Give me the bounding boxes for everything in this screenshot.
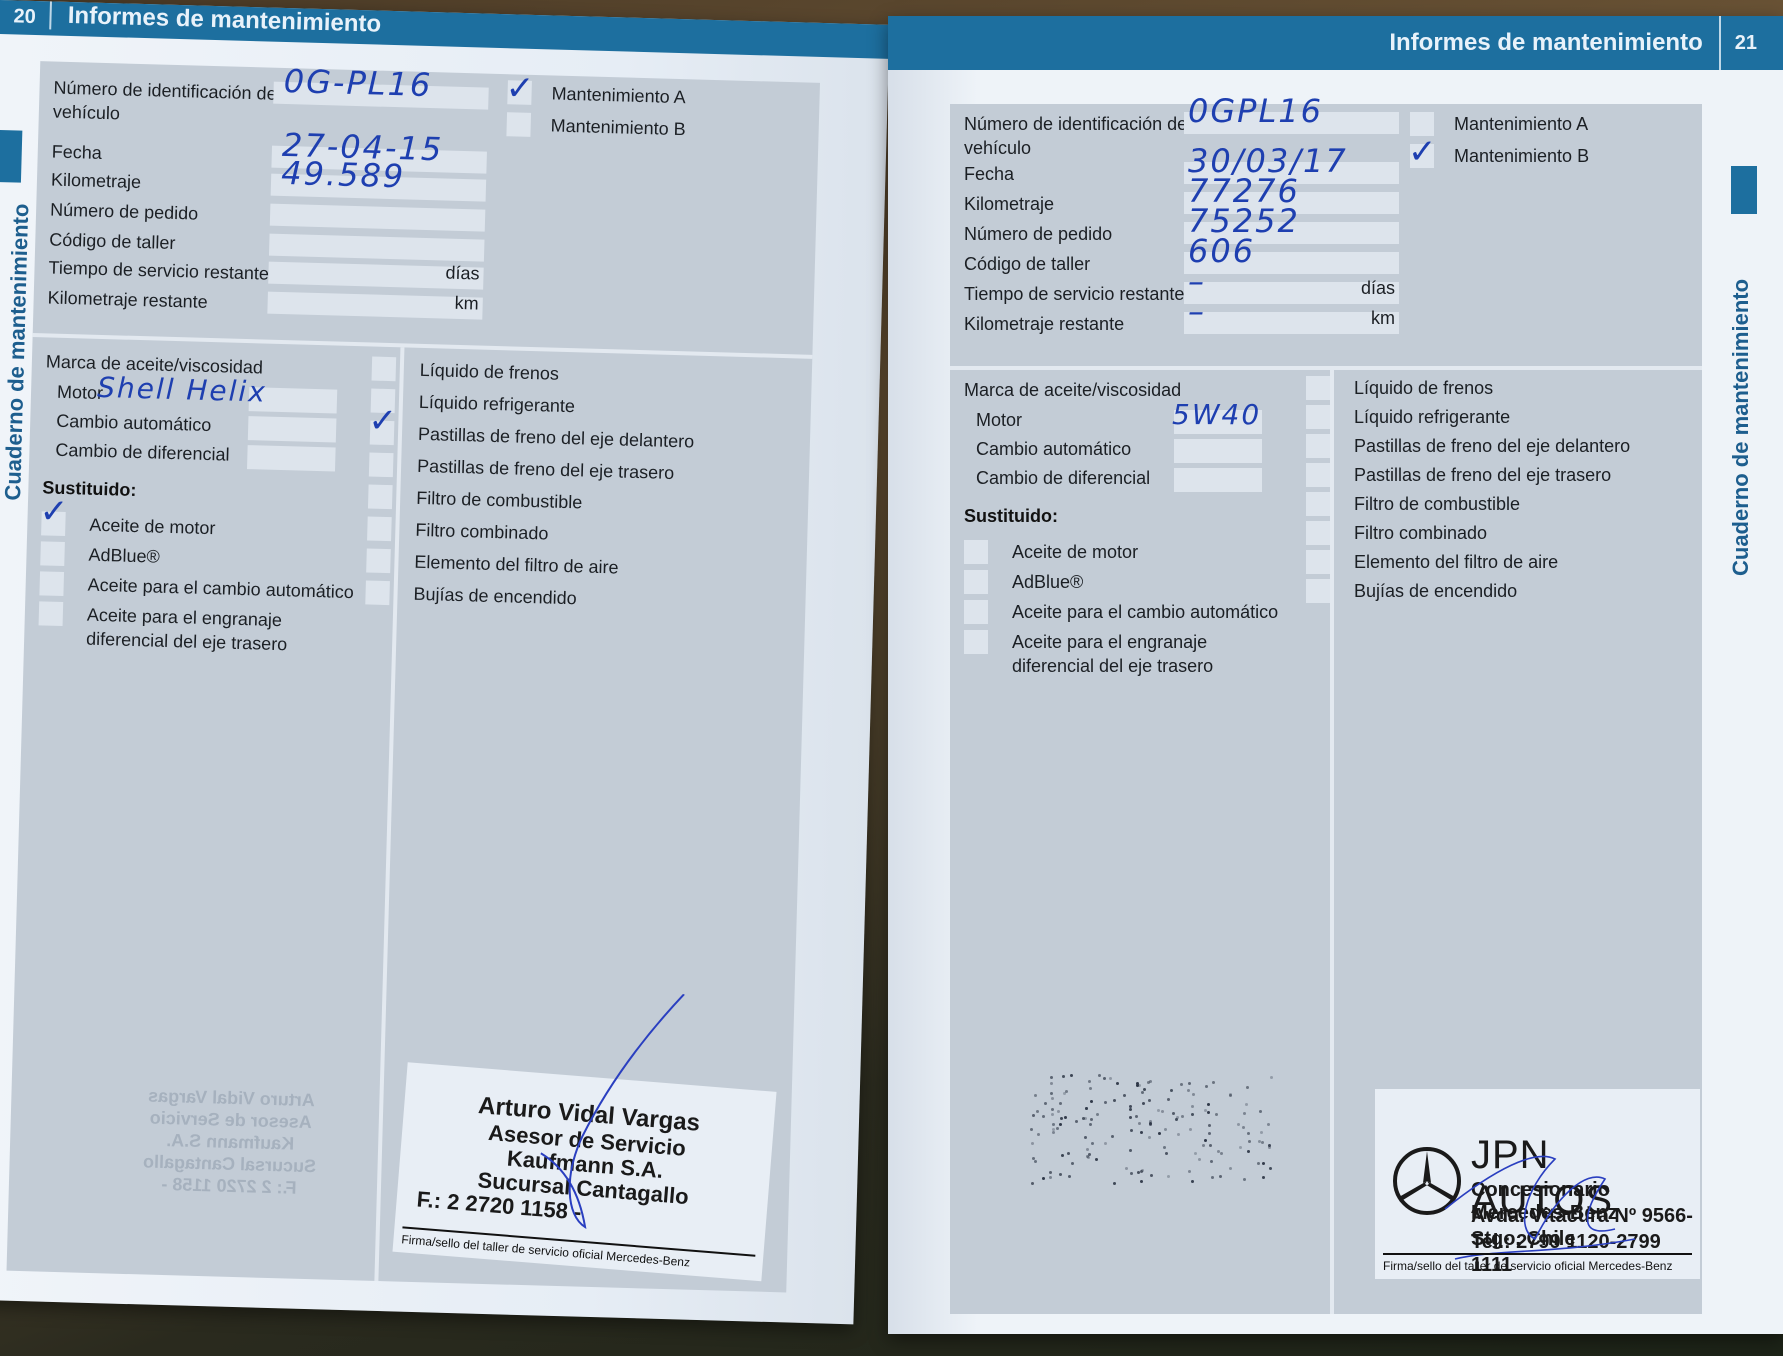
- service-item-label: Líquido refrigerante: [1354, 405, 1510, 429]
- ink-speck: [1070, 1074, 1073, 1077]
- ink-speck: [1050, 1082, 1053, 1085]
- service-item[interactable]: Filtro de combustible: [1306, 492, 1520, 516]
- service-item[interactable]: Pastillas de freno del eje trasero: [1306, 463, 1611, 487]
- handwritten-value: 0G-PL16: [283, 62, 433, 104]
- ink-speck: [1237, 1123, 1240, 1126]
- ink-speck: [1270, 1076, 1273, 1079]
- ink-speck: [1104, 1101, 1107, 1104]
- ink-speck: [1129, 1149, 1132, 1152]
- checkbox[interactable]: [964, 600, 988, 624]
- ink-speck: [1209, 1144, 1212, 1147]
- ink-speck: [1248, 1140, 1251, 1143]
- header-divider: [1719, 16, 1721, 70]
- ink-speck: [1260, 1131, 1263, 1134]
- service-item[interactable]: Filtro de combustible: [368, 484, 583, 514]
- ink-speck: [1212, 1081, 1215, 1084]
- workshop-stamp: Arturo Vidal Vargas Asesor de Servicio K…: [392, 1062, 776, 1281]
- oil-input[interactable]: [1174, 468, 1262, 492]
- ink-speck: [1167, 1175, 1170, 1178]
- replaced-title: Sustituido:: [964, 506, 1058, 527]
- field-label: Kilometraje: [51, 167, 292, 198]
- field-input[interactable]: [269, 234, 485, 262]
- handwritten-value: 49.589: [281, 154, 406, 195]
- checkbox[interactable]: [1306, 463, 1330, 487]
- side-label: Cuaderno de mantenimiento: [1728, 279, 1754, 576]
- ink-speck: [1177, 1133, 1180, 1136]
- ink-speck: [1142, 1102, 1145, 1105]
- ink-speck: [1057, 1110, 1060, 1113]
- checkbox[interactable]: [964, 630, 988, 654]
- ink-speck: [1219, 1175, 1222, 1178]
- ink-speck: [1034, 1160, 1037, 1163]
- maintenance-option-label: Mantenimiento A: [1454, 114, 1588, 135]
- handwritten-value: 0GPL16: [1188, 92, 1323, 130]
- replaced-item[interactable]: ✓Aceite de motor: [41, 511, 362, 544]
- service-item[interactable]: ✓Pastillas de freno del eje delantero: [370, 421, 695, 454]
- ink-speck: [1229, 1167, 1232, 1170]
- ink-speck: [1059, 1102, 1062, 1105]
- side-tab-marker: [0, 130, 22, 183]
- ink-speck: [1229, 1094, 1232, 1097]
- checkmark-icon: ✓: [1408, 132, 1437, 172]
- ink-speck: [1052, 1123, 1055, 1126]
- ink-speck: [1140, 1131, 1143, 1134]
- service-item[interactable]: Bujías de encendido: [1306, 579, 1517, 603]
- ink-speck: [1056, 1127, 1059, 1130]
- oil-input[interactable]: [248, 416, 337, 442]
- checkbox[interactable]: [372, 357, 397, 382]
- ink-speck: [1188, 1082, 1191, 1085]
- ink-speck: [1051, 1097, 1054, 1100]
- checkbox[interactable]: [39, 571, 64, 596]
- service-item-label: Pastillas de freno del eje trasero: [1354, 463, 1611, 487]
- ink-speck: [1113, 1182, 1116, 1185]
- ink-speck: [1268, 1146, 1271, 1149]
- ink-speck: [1257, 1162, 1260, 1165]
- maintenance-option-label: Mantenimiento B: [550, 115, 686, 140]
- signature-scribble: [1435, 1129, 1655, 1269]
- checkbox[interactable]: [40, 541, 65, 566]
- ink-speck: [1141, 1091, 1144, 1094]
- replaced-item-label: Aceite de motor: [89, 513, 216, 541]
- service-item[interactable]: Líquido refrigerante: [1306, 405, 1510, 429]
- replaced-item-label: Aceite para el engranaje diferencial del…: [1012, 630, 1284, 678]
- checkbox[interactable]: [39, 601, 64, 626]
- ink-speck: [1191, 1105, 1194, 1108]
- checkbox[interactable]: [1306, 405, 1330, 429]
- ink-speck: [1141, 1169, 1144, 1172]
- field-label: Tiempo de servicio restante: [48, 255, 289, 286]
- ink-speck: [1180, 1083, 1183, 1086]
- checkbox[interactable]: ✓: [507, 80, 532, 105]
- ink-speck: [1037, 1133, 1040, 1136]
- ink-speck: [1085, 1107, 1088, 1110]
- service-item-label: Filtro de combustible: [416, 486, 583, 515]
- ink-speck: [1262, 1176, 1265, 1179]
- service-item[interactable]: Pastillas de freno del eje trasero: [369, 452, 675, 485]
- ink-speck: [1187, 1089, 1190, 1092]
- oil-input[interactable]: [247, 445, 336, 471]
- field-input[interactable]: 0GPL16: [1184, 112, 1399, 134]
- field-unit: días: [445, 263, 480, 285]
- replaced-item[interactable]: Aceite para el engranaje diferencial del…: [38, 601, 359, 658]
- ink-speck: [1207, 1103, 1210, 1106]
- service-item[interactable]: Elemento del filtro de aire: [366, 548, 619, 579]
- ink-speck: [1208, 1124, 1211, 1127]
- ink-speck: [1125, 1167, 1128, 1170]
- ink-speck: [1247, 1132, 1250, 1135]
- right-header: Informes de mantenimiento 21: [888, 16, 1783, 70]
- service-item-label: Líquido de frenos: [420, 358, 560, 386]
- dealer-stamp: JPN AUTOS Concesionario Mercedes-Benz Av…: [1375, 1089, 1700, 1279]
- ink-speck: [1208, 1132, 1211, 1135]
- ink-speck: [1031, 1142, 1034, 1145]
- ink-speck: [1096, 1113, 1099, 1116]
- field-label: Número de identificación del vehículo: [964, 112, 1204, 160]
- field-label: Número de identificación del vehículo: [53, 76, 294, 131]
- checkbox[interactable]: [365, 580, 390, 605]
- service-item[interactable]: Filtro combinado: [1306, 521, 1487, 545]
- ink-speck: [1148, 1136, 1151, 1139]
- header-title: Informes de mantenimiento: [1373, 29, 1718, 57]
- field-input[interactable]: días: [268, 262, 484, 290]
- replaced-item-label: Aceite para el cambio automático: [1012, 600, 1278, 624]
- ink-speck: [1188, 1170, 1191, 1173]
- ink-speck: [1068, 1175, 1071, 1178]
- ink-speck: [1060, 1117, 1063, 1120]
- service-item-label: Bujías de encendido: [1354, 579, 1517, 603]
- field-input[interactable]: km–: [1184, 312, 1399, 334]
- ink-speck: [1242, 1126, 1245, 1129]
- ink-speck: [1149, 1123, 1152, 1126]
- ink-speck: [1138, 1122, 1141, 1125]
- ink-speck: [1147, 1081, 1150, 1084]
- ink-speck: [1259, 1110, 1262, 1113]
- maintenance-form: Número de identificación del vehículo0GP…: [950, 104, 1702, 1314]
- field-label: Kilometraje restante: [964, 312, 1204, 336]
- ink-speck: [1064, 1116, 1067, 1119]
- service-item[interactable]: Filtro combinado: [367, 516, 549, 545]
- ink-speck: [1220, 1152, 1223, 1155]
- replaced-item[interactable]: AdBlue®: [40, 541, 361, 574]
- checkmark-icon: ✓: [505, 68, 535, 109]
- ink-speck: [1032, 1114, 1035, 1117]
- service-item-label: Pastillas de freno del eje delantero: [1354, 434, 1630, 458]
- replaced-item-label: Aceite para el engranaje diferencial del…: [86, 603, 359, 659]
- replaced-item[interactable]: Aceite para el engranaje diferencial del…: [964, 630, 1284, 678]
- ink-speck: [1084, 1117, 1087, 1120]
- oil-row-label: Motor: [976, 410, 1022, 431]
- ink-speck: [1245, 1103, 1248, 1106]
- ink-speck: [1205, 1085, 1208, 1088]
- ink-speck: [1062, 1075, 1065, 1078]
- replaced-item-label: AdBlue®: [1012, 570, 1083, 594]
- ink-speck: [1130, 1129, 1133, 1132]
- service-item-label: Líquido refrigerante: [419, 390, 576, 418]
- ink-speck: [1148, 1099, 1151, 1102]
- ink-speck: [1034, 1094, 1037, 1097]
- checkbox[interactable]: ✓: [370, 421, 395, 446]
- ink-speck: [1042, 1115, 1045, 1118]
- handwritten-value: –: [1188, 292, 1206, 330]
- service-item-label: Líquido de frenos: [1354, 376, 1493, 400]
- checkbox[interactable]: [369, 452, 394, 477]
- handwritten-value: 5W40: [1172, 398, 1261, 431]
- checkbox[interactable]: [366, 548, 391, 573]
- ink-speck: [1050, 1092, 1053, 1095]
- ink-speck: [1130, 1172, 1133, 1175]
- field-label: Número de pedido: [964, 222, 1204, 246]
- ink-speck: [1051, 1113, 1054, 1116]
- ink-speck: [1243, 1178, 1246, 1181]
- replaced-item-label: Aceite para el cambio automático: [87, 573, 354, 604]
- ink-speck: [1161, 1110, 1164, 1113]
- field-unit: días: [1361, 278, 1395, 299]
- ink-speck: [1067, 1152, 1070, 1155]
- ink-speck: [1031, 1182, 1034, 1185]
- ink-speck: [1176, 1116, 1179, 1119]
- oil-title: Marca de aceite/viscosidad: [964, 380, 1181, 401]
- ink-speck: [1091, 1142, 1094, 1145]
- ink-speck: [1267, 1123, 1270, 1126]
- ink-speck: [1065, 1090, 1068, 1093]
- ink-speck: [1261, 1141, 1264, 1144]
- ink-speck: [1059, 1123, 1062, 1126]
- maintenance-form: Número de identificación del vehículo0G-…: [7, 61, 820, 1292]
- ink-speck: [1109, 1077, 1112, 1080]
- ink-speck: [1170, 1089, 1173, 1092]
- checkbox[interactable]: [1306, 521, 1330, 545]
- maintenance-option-label: Mantenimiento A: [551, 83, 686, 108]
- ink-speck: [1049, 1176, 1052, 1179]
- ink-speck: [1129, 1116, 1132, 1119]
- ink-speck: [1123, 1094, 1126, 1097]
- handwritten-value: Shell Helix: [97, 371, 267, 409]
- service-item[interactable]: Pastillas de freno del eje delantero: [1306, 434, 1630, 458]
- checkbox[interactable]: [1306, 550, 1330, 574]
- service-item[interactable]: Elemento del filtro de aire: [1306, 550, 1558, 574]
- maintenance-option[interactable]: Mantenimiento B: [506, 112, 686, 141]
- ink-speck: [1052, 1131, 1055, 1134]
- ink-speck: [1089, 1123, 1092, 1126]
- field-label: Kilometraje restante: [47, 285, 288, 316]
- field-label: Fecha: [51, 140, 292, 171]
- maintenance-option[interactable]: Mantenimiento A: [1410, 112, 1588, 136]
- oil-row-label: Cambio de diferencial: [55, 440, 230, 466]
- maintenance-option[interactable]: ✓Mantenimiento B: [1410, 144, 1589, 168]
- section-divider: [950, 366, 1702, 370]
- oil-row-label: Cambio automático: [976, 439, 1131, 460]
- ink-speck: [1095, 1158, 1098, 1161]
- stamp-caption: Firma/sello del taller de servicio ofici…: [1383, 1253, 1692, 1273]
- ink-speck: [1086, 1148, 1089, 1151]
- ink-speck: [1129, 1108, 1132, 1111]
- smudged-stamp: [1010, 1064, 1310, 1204]
- ink-speck: [1090, 1118, 1093, 1121]
- field-label: Código de taller: [49, 227, 290, 258]
- field-label: Número de pedido: [50, 197, 291, 228]
- field-label: Fecha: [964, 162, 1204, 186]
- service-item-label: Filtro combinado: [1354, 521, 1487, 545]
- field-input[interactable]: 49.589: [271, 174, 487, 202]
- oil-row-label: Cambio de diferencial: [976, 468, 1150, 489]
- oil-row-label: Cambio automático: [56, 411, 212, 436]
- ink-speck: [1191, 1113, 1194, 1116]
- ink-speck: [1052, 1128, 1055, 1131]
- ink-speck: [1247, 1150, 1250, 1153]
- ink-speck: [1103, 1077, 1106, 1080]
- ink-speck: [1088, 1080, 1091, 1083]
- page-number: 20: [0, 5, 50, 29]
- service-item-label: Pastillas de freno del eje delantero: [418, 422, 695, 454]
- field-input[interactable]: km: [267, 292, 483, 320]
- ink-speck: [1157, 1109, 1160, 1112]
- checkbox[interactable]: ✓: [1410, 144, 1434, 168]
- service-item[interactable]: Líquido de frenos: [1306, 376, 1493, 400]
- ink-speck: [1243, 1112, 1246, 1115]
- ink-speck: [1030, 1128, 1033, 1131]
- field-label: Kilometraje: [964, 192, 1204, 216]
- ink-speck: [1111, 1135, 1114, 1138]
- field-input[interactable]: 0G-PL16: [273, 82, 489, 110]
- ink-speck: [1239, 1146, 1242, 1149]
- ink-speck: [1071, 1162, 1074, 1165]
- service-item-label: Pastillas de freno del eje trasero: [417, 454, 675, 485]
- maintenance-option[interactable]: ✓Mantenimiento A: [507, 80, 686, 109]
- header-title: Informes de mantenimiento: [51, 1, 397, 39]
- ink-speck: [1165, 1152, 1168, 1155]
- ink-speck: [1036, 1110, 1039, 1113]
- checkbox[interactable]: [964, 570, 988, 594]
- ink-speck: [1059, 1173, 1062, 1176]
- ink-speck: [1089, 1087, 1092, 1090]
- ink-speck: [1172, 1112, 1175, 1115]
- ink-speck: [1158, 1132, 1161, 1135]
- ink-speck: [1210, 1160, 1213, 1163]
- ink-speck: [1150, 1174, 1153, 1177]
- checkbox[interactable]: [506, 112, 531, 137]
- service-item-label: Elemento del filtro de aire: [414, 550, 619, 580]
- ink-speck: [1181, 1115, 1184, 1118]
- ink-speck: [1044, 1102, 1047, 1105]
- vehicle-info-section: Número de identificación del vehículo0GP…: [950, 104, 1702, 374]
- replaced-item-label: AdBlue®: [88, 543, 160, 569]
- ink-speck: [1140, 1180, 1143, 1183]
- checkbox[interactable]: [964, 540, 988, 564]
- ink-speck: [1084, 1136, 1087, 1139]
- replaced-item[interactable]: Aceite de motor: [964, 540, 1284, 564]
- service-item-label: Filtro de combustible: [1354, 492, 1520, 516]
- ink-speck: [1163, 1146, 1166, 1149]
- field-unit: km: [1371, 308, 1395, 329]
- ink-speck: [1191, 1180, 1194, 1183]
- field-row: Kilometraje restantekm–: [964, 312, 1444, 336]
- maintenance-option-label: Mantenimiento B: [1454, 146, 1589, 167]
- field-input[interactable]: [270, 204, 486, 232]
- ink-speck: [1113, 1099, 1116, 1102]
- replaced-item[interactable]: AdBlue®: [964, 570, 1284, 594]
- replaced-item-label: Aceite de motor: [1012, 540, 1138, 564]
- ink-speck: [1137, 1171, 1140, 1174]
- ink-speck: [1198, 1158, 1201, 1161]
- ink-speck: [1211, 1176, 1214, 1179]
- ink-speck: [1262, 1162, 1265, 1165]
- ink-speck: [1204, 1139, 1207, 1142]
- ink-speck: [1202, 1144, 1205, 1147]
- ink-speck: [1116, 1082, 1119, 1085]
- replaced-item[interactable]: Aceite para el cambio automático: [39, 571, 360, 604]
- checkbox[interactable]: [1306, 579, 1330, 603]
- field-label: Código de taller: [964, 252, 1204, 276]
- ink-speck: [1061, 1154, 1064, 1157]
- ink-speck: [1090, 1100, 1093, 1103]
- checkbox[interactable]: [367, 516, 392, 541]
- checkmark-icon: ✓: [368, 408, 397, 433]
- ink-speck: [1189, 1128, 1192, 1131]
- field-row: Kilometraje restantekm: [47, 285, 527, 322]
- service-item-label: Elemento del filtro de aire: [1354, 550, 1558, 574]
- field-input[interactable]: días–: [1184, 282, 1399, 304]
- checkbox[interactable]: [368, 484, 393, 509]
- ink-speck: [1135, 1115, 1138, 1118]
- ink-speck: [1164, 1128, 1167, 1131]
- checkbox[interactable]: [1306, 376, 1330, 400]
- field-input[interactable]: 606: [1184, 252, 1399, 274]
- oil-input[interactable]: [1174, 439, 1262, 463]
- ink-speck: [1215, 1113, 1218, 1116]
- ink-speck: [1246, 1086, 1249, 1089]
- field-label: Tiempo de servicio restante: [964, 282, 1204, 306]
- replaced-item[interactable]: Aceite para el cambio automático: [964, 600, 1284, 624]
- checkbox[interactable]: ✓: [41, 511, 66, 536]
- left-header: 20 Informes de mantenimiento: [0, 0, 890, 59]
- ink-speck: [1098, 1074, 1101, 1077]
- ink-speck: [1192, 1093, 1195, 1096]
- ink-speck: [1050, 1076, 1053, 1079]
- ink-speck: [1207, 1111, 1210, 1114]
- ink-speck: [1075, 1120, 1078, 1123]
- service-item-label: Bujías de encendido: [413, 582, 577, 611]
- ink-speck: [1042, 1177, 1045, 1180]
- right-page: Informes de mantenimiento 21 Cuaderno de…: [888, 16, 1783, 1334]
- ink-speck: [1258, 1140, 1261, 1143]
- ink-speck: [1167, 1098, 1170, 1101]
- left-page: 20 Informes de mantenimiento Cuaderno de…: [0, 0, 890, 1324]
- ink-speck: [1194, 1152, 1197, 1155]
- ink-speck: [1049, 1171, 1052, 1174]
- checkmark-icon: ✓: [39, 499, 68, 524]
- signature-scribble: [514, 982, 694, 1254]
- ghost-stamp-mirror: Arturo Vidal Vargas Asesor de Servicio K…: [109, 1084, 352, 1201]
- service-item-label: Filtro combinado: [415, 518, 549, 546]
- ink-speck: [1269, 1167, 1272, 1170]
- field-unit: km: [454, 293, 479, 315]
- checkbox[interactable]: [1306, 434, 1330, 458]
- vehicle-info-section: Número de identificación del vehículo0G-…: [33, 61, 820, 353]
- ink-speck: [1051, 1108, 1054, 1111]
- page-number: 21: [1721, 32, 1783, 55]
- ink-speck: [1104, 1142, 1107, 1145]
- side-tab-marker: [1731, 166, 1757, 214]
- checkbox[interactable]: [1306, 492, 1330, 516]
